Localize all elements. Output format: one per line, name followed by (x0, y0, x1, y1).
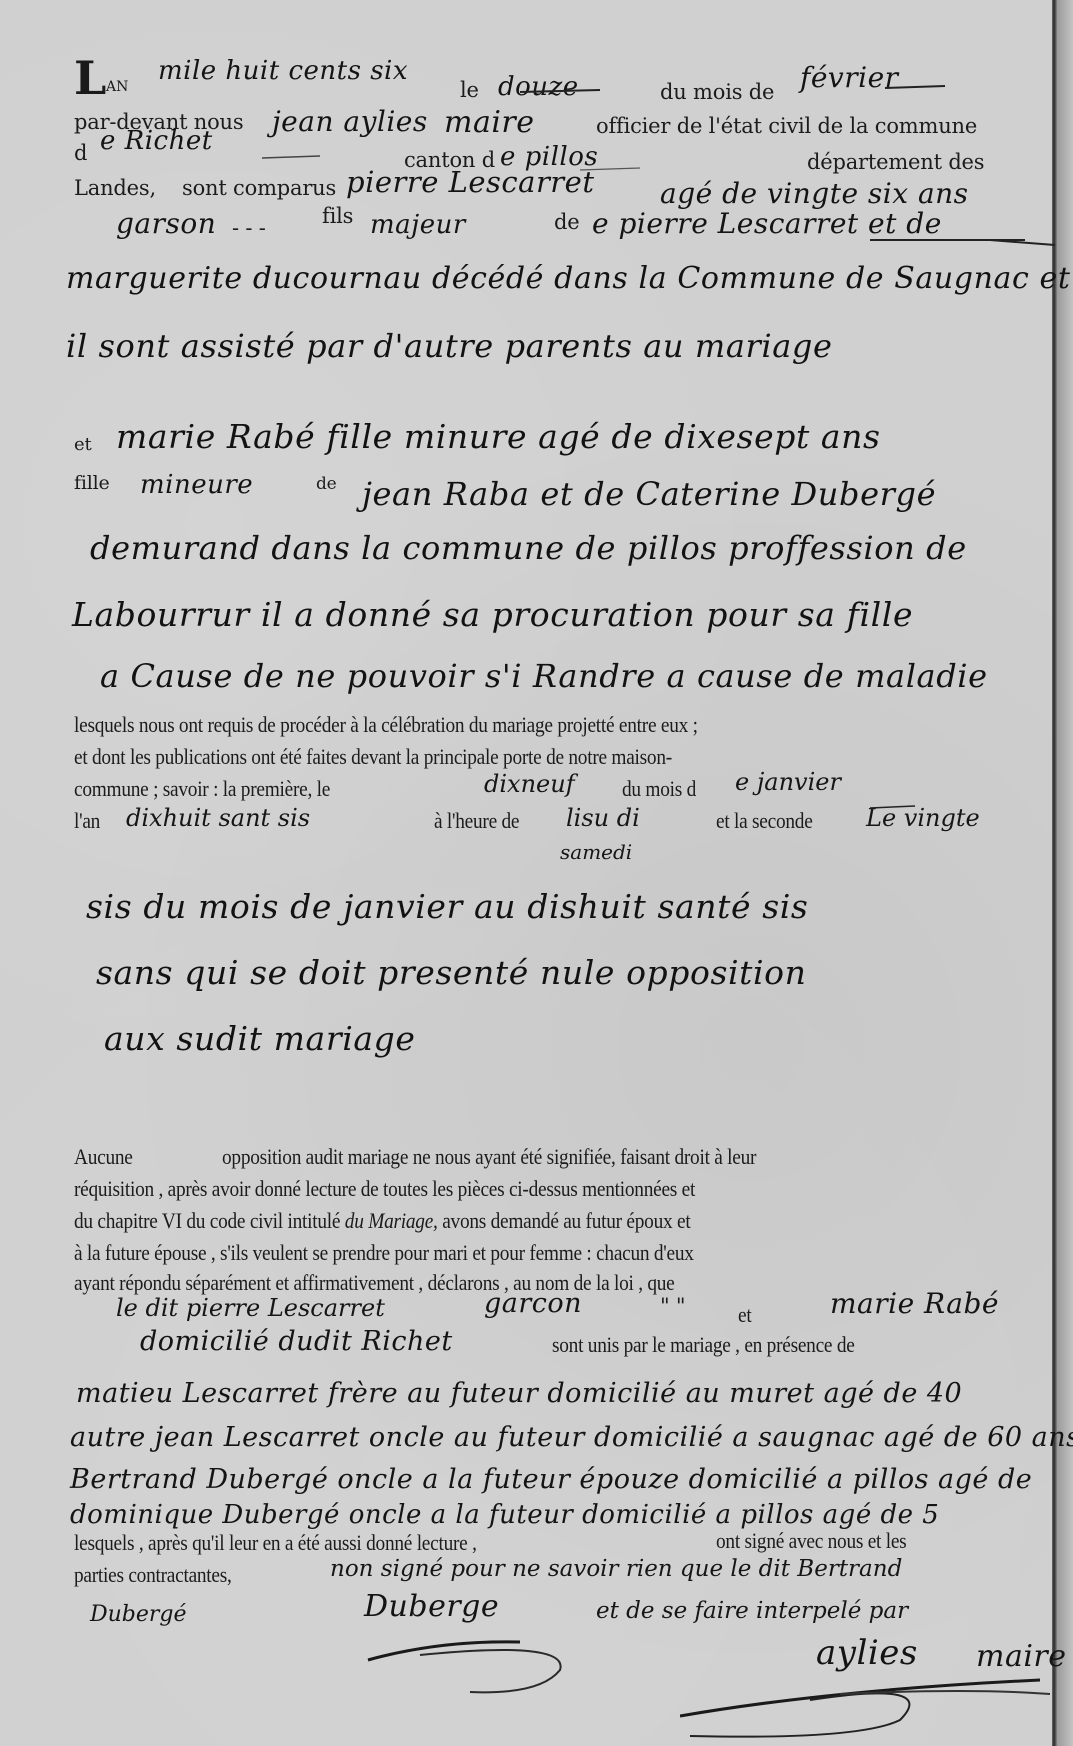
handwriting-strokes (0, 0, 1073, 1746)
civil-record-page: L AN mile huit cents six le douze du moi… (0, 0, 1073, 1746)
